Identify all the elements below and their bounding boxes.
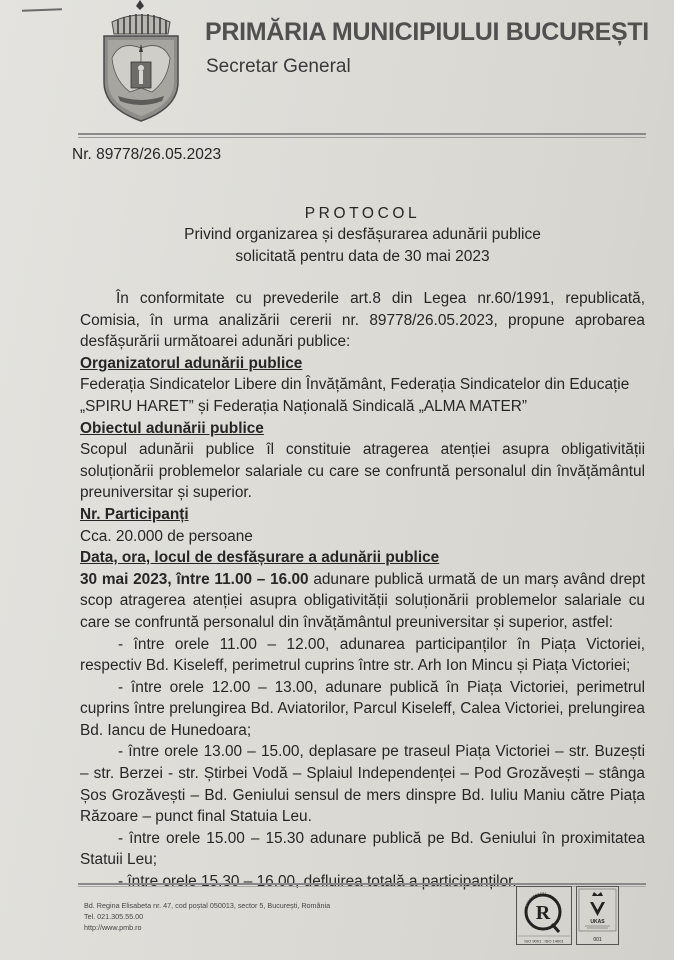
participants-text: Cca. 20.000 de persoane [80,526,645,548]
organizer-text: Federația Sindicatelor Libere din Învăță… [80,374,645,417]
certification-logos: R ISO 9001 : ISO 14001 UKAS 001 [516,886,619,946]
ukas-crown-check-icon [590,892,605,916]
srac-r-quality-mark-icon: R [526,893,560,932]
svg-text:R: R [536,902,551,924]
schedule-item: - între orele 13.00 – 15.00, deplasare p… [80,741,645,827]
schedule-heading: Data, ora, locul de desfășurare a adunăr… [80,547,645,569]
institution-name: PRIMĂRIA MUNICIPIULUI BUCUREȘTI [205,18,649,47]
document-subtitle-line2: solicitată pentru data de 30 mai 2023 [80,248,645,266]
document-subtitle-line1: Privind organizarea și desfășurarea adun… [80,226,645,244]
objective-heading: Obiectul adunării publice [80,418,645,440]
svg-text:UKAS: UKAS [590,919,605,925]
header-divider [78,133,646,138]
schedule-lead: 30 mai 2023, între 11.00 – 16.00 adunare… [80,569,645,634]
participants-heading: Nr. Participanți [80,504,645,526]
intro-paragraph: În conformitate cu prevederile art.8 din… [80,288,645,353]
footer-address: Bd. Regina Elisabeta nr. 47, cod poștal … [84,900,330,911]
schedule-item: - între orele 15.00 – 15.30 adunare publ… [80,828,645,871]
registration-number: Nr. 89778/26.05.2023 [72,146,221,164]
footer-contact: Bd. Regina Elisabeta nr. 47, cod poștal … [84,900,330,933]
schedule-item: - între orele 12.00 – 13.00, adunare pub… [80,677,645,742]
schedule-date-time: 30 mai 2023, între 11.00 – 16.00 [80,571,309,588]
svg-text:001: 001 [593,937,602,943]
svg-text:ISO 9001 : ISO 14001: ISO 9001 : ISO 14001 [524,939,564,944]
footer-website[interactable]: http://www.pmb.ro [84,922,330,933]
bucharest-coat-of-arms-icon [100,0,182,122]
scan-edge-mark [22,8,62,11]
footer-phone: Tel. 021.305.55.00 [84,911,330,922]
organizer-heading: Organizatorul adunării publice [80,353,645,375]
objective-text: Scopul adunării publice îl constituie at… [80,439,645,504]
document-body: În conformitate cu prevederile art.8 din… [80,288,645,893]
schedule-item: - între orele 11.00 – 12.00, adunarea pa… [80,634,645,677]
document-title: PROTOCOL [80,205,645,223]
department-name: Secretar General [206,56,351,78]
